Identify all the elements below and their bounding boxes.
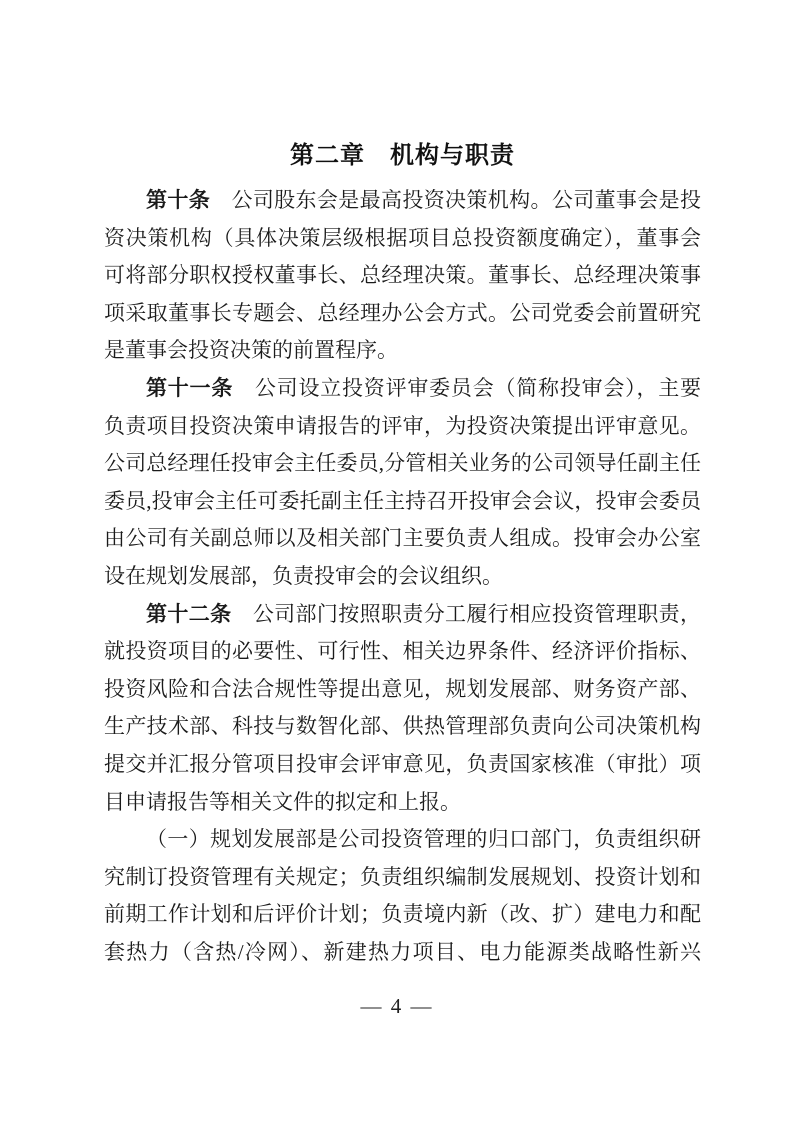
article-11-text: 公司设立投资评审委员会（简称投审会），主要负责项目投资决策申请报告的评审，为投资… <box>104 376 701 588</box>
article-10-text: 公司股东会是最高投资决策机构。公司董事会是投资决策机构（具体决策层级根据项目总投… <box>104 188 701 362</box>
article-10-number: 第十条 <box>146 188 210 212</box>
article-12-text: 公司部门按照职责分工履行相应投资管理职责，就投资项目的必要性、可行性、相关边界条… <box>104 602 701 814</box>
paragraph-article-11: 第十一条 公司设立投资评审委员会（简称投审会），主要负责项目投资决策申请报告的评… <box>104 370 701 596</box>
paragraph-item-1: （一）规划发展部是公司投资管理的归口部门，负责组织研究制订投资管理有关规定；负责… <box>104 821 701 971</box>
chapter-title: 第二章 机构与职责 <box>104 139 701 173</box>
document-page: 第二章 机构与职责 第十条 公司股东会是最高投资决策机构。公司董事会是投资决策机… <box>0 0 794 1123</box>
article-12-number: 第十二条 <box>146 602 231 626</box>
page-number: — 4 — <box>0 994 794 1019</box>
item-1-text: （一）规划发展部是公司投资管理的归口部门，负责组织研究制订投资管理有关规定；负责… <box>104 827 701 964</box>
paragraph-article-12: 第十二条 公司部门按照职责分工履行相应投资管理职责，就投资项目的必要性、可行性、… <box>104 596 701 822</box>
document-content: 第二章 机构与职责 第十条 公司股东会是最高投资决策机构。公司董事会是投资决策机… <box>104 139 701 971</box>
article-11-number: 第十一条 <box>146 376 233 400</box>
paragraph-article-10: 第十条 公司股东会是最高投资决策机构。公司董事会是投资决策机构（具体决策层级根据… <box>104 182 701 370</box>
